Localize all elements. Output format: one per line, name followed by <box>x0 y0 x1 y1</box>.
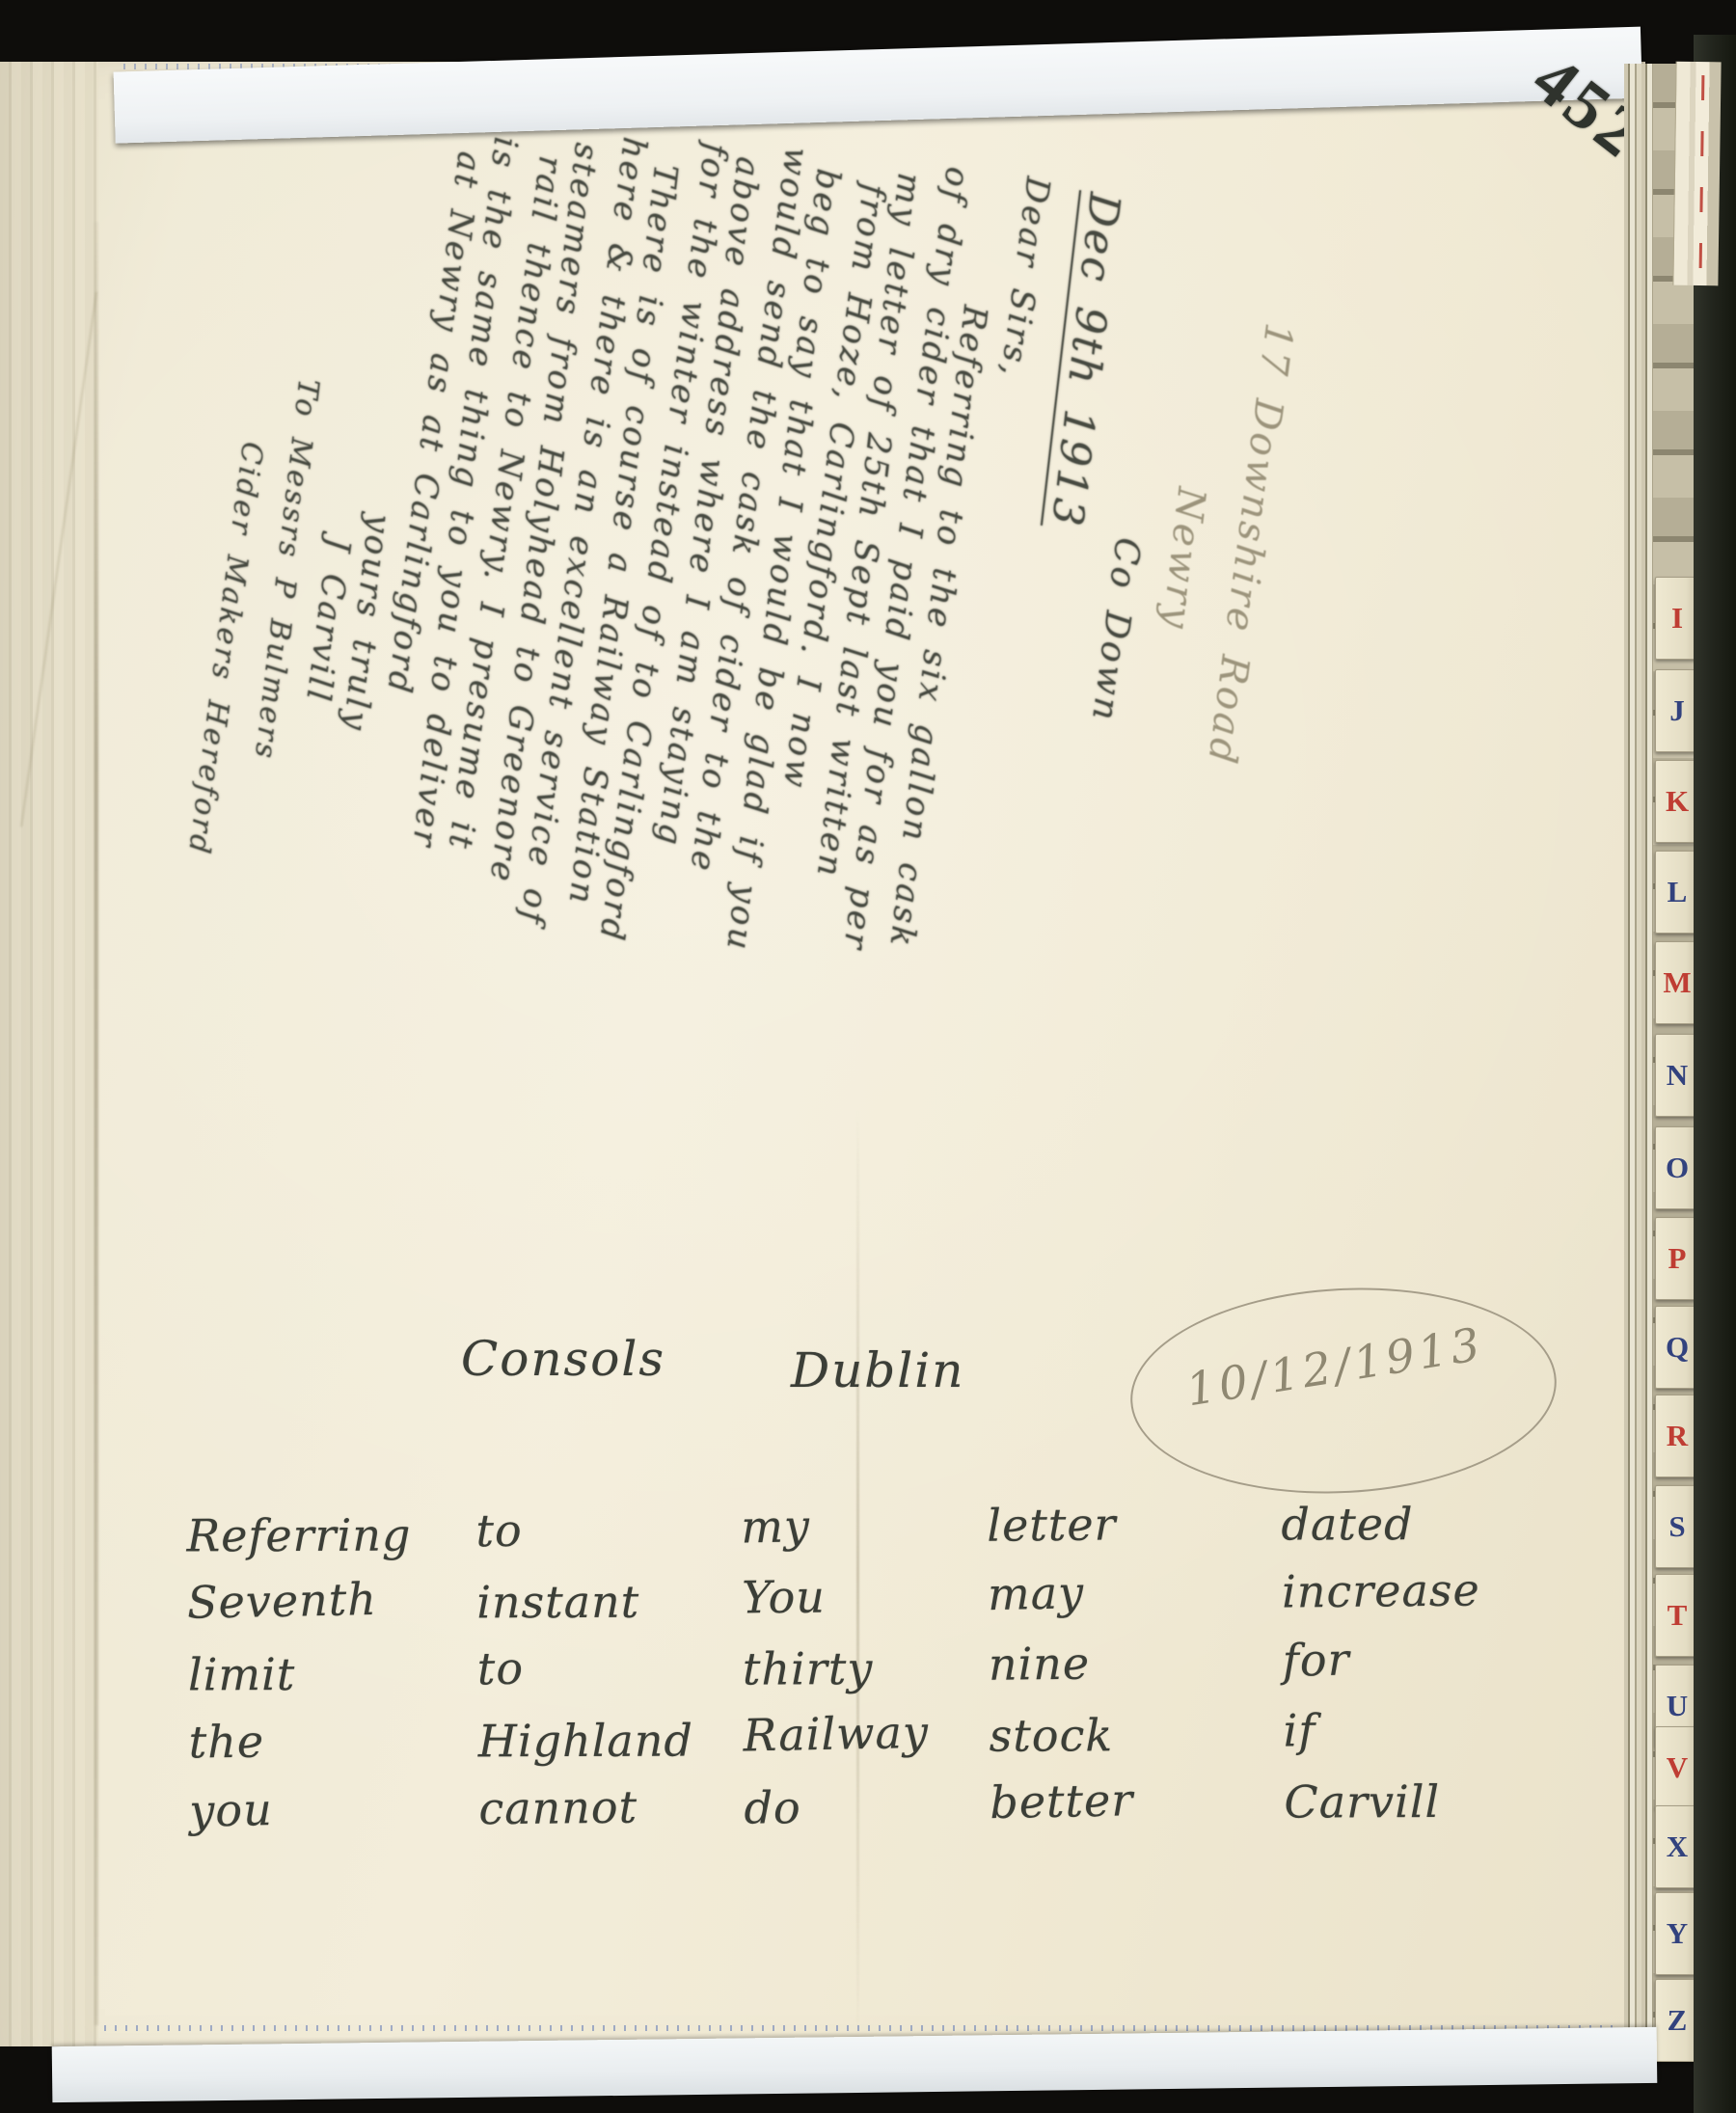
tab-letter: Q <box>1666 1330 1689 1365</box>
grid-cell: my <box>741 1497 988 1571</box>
grid-cell: you <box>189 1779 479 1855</box>
column-header-dublin: Dublin <box>791 1342 964 1398</box>
tab-letter: T <box>1668 1598 1688 1633</box>
grid-cell: for <box>1282 1629 1558 1703</box>
column-header-consols: Consols <box>461 1331 665 1387</box>
grid-cell: letter <box>987 1497 1282 1569</box>
grid-cell: stock <box>990 1709 1284 1779</box>
grid-cell: if <box>1283 1702 1559 1774</box>
tab-letter: J <box>1669 693 1685 728</box>
grid-cell: do <box>744 1781 990 1852</box>
grid-cell: instant <box>476 1575 742 1645</box>
gutter-page-edges <box>0 62 98 2046</box>
tab-letter: I <box>1671 601 1683 636</box>
grid-cell: to <box>476 1638 743 1712</box>
tab-letter: L <box>1668 875 1688 909</box>
tab-letter: P <box>1668 1241 1687 1276</box>
grid-cell: may <box>988 1562 1283 1638</box>
grid-cell: better <box>990 1771 1285 1846</box>
tab-letter: X <box>1667 1829 1688 1864</box>
grid-cell: limit <box>188 1647 477 1718</box>
book-cover-edge <box>1694 35 1736 2113</box>
grid-cell: Highland <box>478 1714 744 1784</box>
tab-letter: O <box>1666 1151 1689 1185</box>
grid-cell: thirty <box>743 1642 989 1713</box>
code-word-grid: Referring to my letter dated Seventh ins… <box>186 1494 1560 1856</box>
grid-cell: increase <box>1282 1563 1558 1636</box>
grid-cell: Railway <box>743 1705 990 1779</box>
grid-cell: Seventh <box>187 1571 477 1646</box>
grid-cell: to <box>475 1502 742 1574</box>
tab-letter: Y <box>1667 1916 1688 1951</box>
tab-letter: Z <box>1668 2003 1688 2038</box>
tab-letter: S <box>1668 1509 1685 1544</box>
copied-letter: 17 Downshire Road Newry Co Down Dec 9th … <box>97 74 1321 1054</box>
tab-letter: V <box>1667 1750 1688 1785</box>
thumb-index: I J K L M N O P Q R S T U V X Y Z <box>1653 64 1697 2060</box>
grid-cell: Referring <box>186 1508 475 1579</box>
grid-cell: cannot <box>478 1779 745 1852</box>
grid-cell: the <box>188 1713 478 1785</box>
grid-cell: Carvill <box>1284 1775 1559 1846</box>
book-fore-edge <box>1624 64 1655 2046</box>
grid-cell: You <box>742 1569 989 1641</box>
gutter-shadow-line <box>95 222 98 2025</box>
page-corner-stack <box>1672 62 1721 286</box>
tab-letter: M <box>1663 965 1691 1000</box>
grid-cell: nine <box>989 1636 1284 1708</box>
tab-letter: N <box>1667 1058 1688 1093</box>
tab-letter: K <box>1666 784 1689 819</box>
tab-letter: U <box>1667 1689 1688 1723</box>
grid-cell: dated <box>1281 1498 1556 1568</box>
oval-date-text: 10/12/1913 <box>1182 1317 1487 1417</box>
tab-letter: R <box>1667 1419 1688 1453</box>
